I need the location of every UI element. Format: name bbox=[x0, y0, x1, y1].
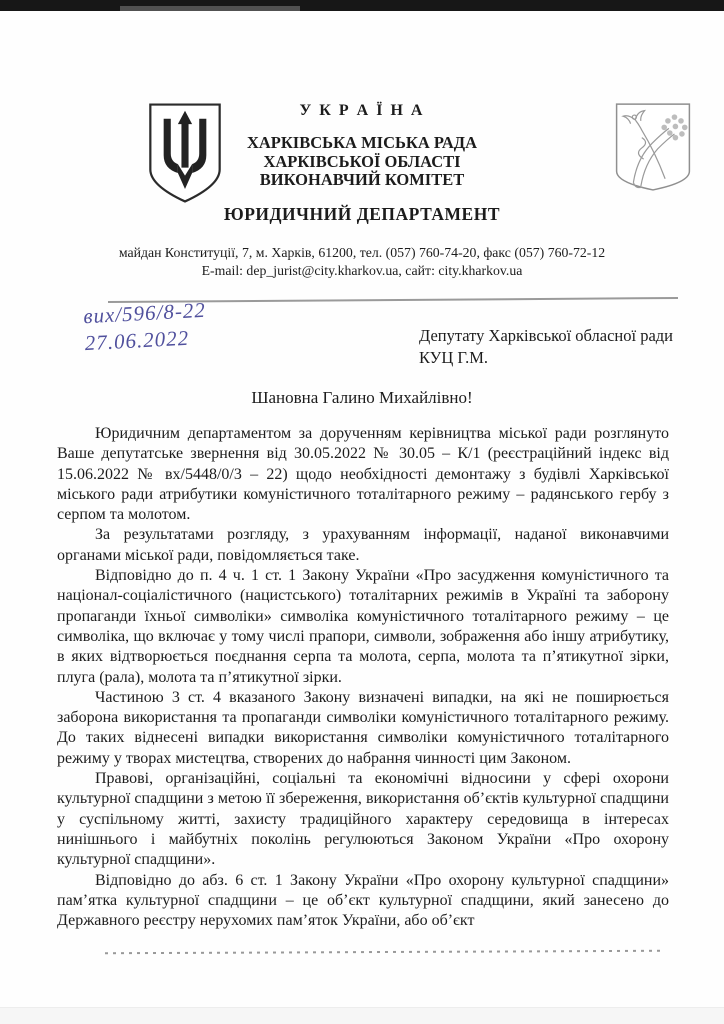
handwritten-registration: вих/596/8-22 27.06.2022 bbox=[83, 297, 208, 357]
body-paragraph: Правові, організаційні, соціальні та еко… bbox=[57, 769, 669, 870]
country-title: У К Р А Ї Н А bbox=[0, 102, 724, 120]
body-paragraph: Відповідно до п. 4 ч. 1 ст. 1 Закону Укр… bbox=[57, 566, 669, 688]
org-name-line: ВИКОНАВЧИЙ КОМІТЕТ bbox=[0, 171, 724, 190]
recipient-name: КУЦ Г.М. bbox=[419, 347, 673, 369]
body-paragraph: Юридичним департаментом за дорученням ке… bbox=[57, 424, 669, 525]
body-paragraph: Частиною 3 ст. 4 вказаного Закону визнач… bbox=[57, 688, 669, 769]
org-name-line: ХАРКІВСЬКОЇ ОБЛАСТІ bbox=[0, 153, 724, 172]
scan-page-bottom-edge bbox=[105, 950, 665, 954]
organization-name: ХАРКІВСЬКА МІСЬКА РАДА ХАРКІВСЬКОЇ ОБЛАС… bbox=[0, 134, 724, 190]
scanned-letter-document: У К Р А Ї Н А ХАРКІВСЬКА МІСЬКА РАДА ХАР… bbox=[0, 0, 724, 1024]
scan-edge-top bbox=[0, 0, 724, 11]
department-title: ЮРИДИЧНИЙ ДЕПАРТАМЕНТ bbox=[0, 204, 724, 225]
handwritten-date: 27.06.2022 bbox=[84, 324, 208, 357]
body-paragraph: Відповідно до абз. 6 ст. 1 Закону Україн… bbox=[57, 871, 669, 932]
org-name-line: ХАРКІВСЬКА МІСЬКА РАДА bbox=[0, 134, 724, 153]
contact-line: E-mail: dep_jurist@city.kharkov.ua, сайт… bbox=[0, 263, 724, 279]
address-line: майдан Конституції, 7, м. Харків, 61200,… bbox=[0, 245, 724, 261]
recipient-block: Депутату Харківської обласної ради КУЦ Г… bbox=[419, 325, 673, 368]
letter-body: Юридичним департаментом за дорученням ке… bbox=[57, 424, 669, 931]
body-paragraph: За результатами розгляду, з урахуванням … bbox=[57, 525, 669, 566]
scan-edge-bottom bbox=[0, 1007, 724, 1024]
salutation: Шановна Галино Михайлівно! bbox=[0, 388, 724, 408]
recipient-title: Депутату Харківської обласної ради bbox=[419, 325, 673, 347]
